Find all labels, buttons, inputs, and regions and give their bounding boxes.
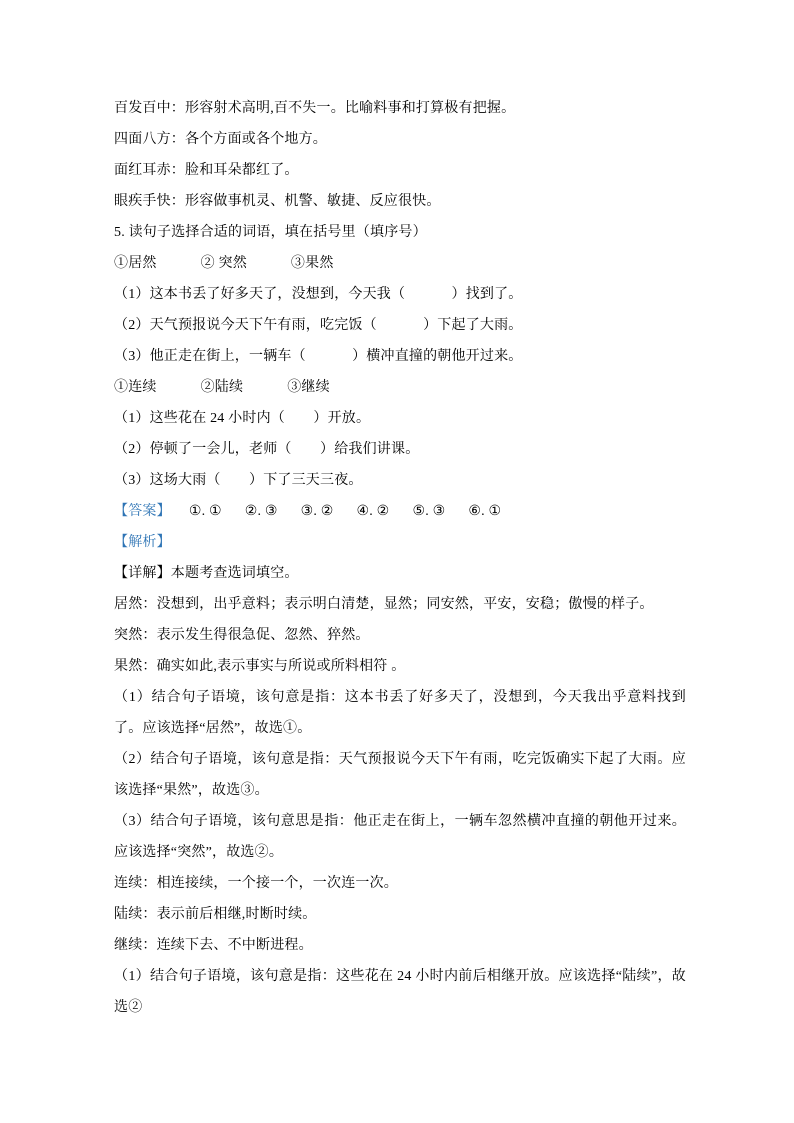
answer-run: ③. ② [301, 504, 334, 519]
option-run: ③继续 [287, 380, 330, 395]
word-options-row: ①连续②陆续③继续 [114, 372, 686, 403]
answer-run: ②. ③ [245, 504, 278, 519]
option-run: ①连续 [114, 380, 157, 395]
text-run: 四面八方：各个方面或各个地方。 [114, 132, 327, 147]
word-options-row: ①居然② 突然③果然 [114, 248, 686, 279]
word-explanation: 陆续：表示前后相继,时断时续。 [114, 899, 686, 930]
text-run: （3）这场大雨（ ）下了三天三夜。 [114, 473, 363, 488]
question-stem: 5. 读句子选择合适的词语，填在括号里（填序号） [114, 217, 686, 248]
text-run: （1）这本书丢了好多天了，没想到，今天我（ ）找到了。 [114, 287, 523, 302]
text-run: 突然：表示发生得很急促、忽然、猝然。 [114, 628, 370, 643]
explanation-item: （1）结合句子语境，该句意是指：这些花在 24 小时内前后相继开放。应该选择“陆… [114, 961, 686, 1023]
explanation-item: （1）结合句子语境，该句意是指：这本书丢了好多天了，没想到，今天我出乎意料找到了… [114, 682, 686, 744]
text-run: 连续：相连接续，一个接一个，一次连一次。 [114, 876, 398, 891]
word-explanation: 连续：相连接续，一个接一个，一次连一次。 [114, 868, 686, 899]
text-run: 面红耳赤：脸和耳朵都红了。 [114, 163, 299, 178]
option-run: ② 突然 [201, 256, 247, 271]
answer-run: ①. ① [189, 504, 222, 519]
text-run: （2）天气预报说今天下午有雨，吃完饭（ ）下起了大雨。 [114, 318, 523, 333]
text-run: 陆续：表示前后相继,时断时续。 [114, 907, 317, 922]
text-run: 百发百中：形容射术高明,百不失一。比喻料事和打算极有把握。 [114, 101, 515, 116]
text-run: （1）结合句子语境，该句意是指：这些花在 24 小时内前后相继开放。应该选择“陆… [114, 969, 686, 1015]
answer-row: 【答案】①. ①②. ③③. ②④. ②⑤. ③⑥. ① [114, 496, 686, 527]
option-run: ①居然 [114, 256, 157, 271]
text-run: 居然：没想到，出乎意料；表示明白清楚，显然；同安然，平安，安稳；傲慢的样子。 [114, 597, 654, 612]
text-run: 【详解】本题考查选词填空。 [114, 566, 299, 581]
document-page: 百发百中：形容射术高明,百不失一。比喻料事和打算极有把握。四面八方：各个方面或各… [0, 0, 794, 1123]
question-item: （1）这些花在 24 小时内（ ）开放。 [114, 403, 686, 434]
detail-row: 【详解】本题考查选词填空。 [114, 558, 686, 589]
text-run: （3）结合句子语境，该句意思是指：他正走在街上，一辆车忽然横冲直撞的朝他开过来。… [114, 814, 686, 860]
explanation-item: （2）结合句子语境，该句意是指：天气预报说今天下午有雨，吃完饭确实下起了大雨。应… [114, 744, 686, 806]
text-run: 果然：确实如此,表示事实与所说或所料相符 。 [114, 659, 405, 674]
text-run: 眼疾手快：形容做事机灵、机警、敏捷、反应很快。 [114, 194, 441, 209]
idiom-definition: 四面八方：各个方面或各个地方。 [114, 124, 686, 155]
text-run: （2）结合句子语境，该句意是指：天气预报说今天下午有雨，吃完饭确实下起了大雨。应… [114, 752, 686, 798]
answer-run: ⑤. ③ [412, 504, 445, 519]
question-item: （2）停顿了一会儿，老师（ ）给我们讲课。 [114, 434, 686, 465]
question-item: （2）天气预报说今天下午有雨，吃完饭（ ）下起了大雨。 [114, 310, 686, 341]
word-explanation: 继续：连续下去、不中断进程。 [114, 930, 686, 961]
text-run: （3）他正走在街上，一辆车（ ）横冲直撞的朝他开过来。 [114, 349, 523, 364]
idiom-definition: 面红耳赤：脸和耳朵都红了。 [114, 155, 686, 186]
analysis-label-row: 【解析】 [114, 527, 686, 558]
text-run: （2）停顿了一会儿，老师（ ）给我们讲课。 [114, 442, 419, 457]
option-run: ②陆续 [201, 380, 244, 395]
document-body: 百发百中：形容射术高明,百不失一。比喻料事和打算极有把握。四面八方：各个方面或各… [114, 93, 686, 1023]
idiom-definition: 眼疾手快：形容做事机灵、机警、敏捷、反应很快。 [114, 186, 686, 217]
section-label: 【答案】 [114, 504, 171, 519]
text-run: 继续：连续下去、不中断进程。 [114, 938, 313, 953]
option-run: ③果然 [291, 256, 334, 271]
answer-run: ⑥. ① [468, 504, 501, 519]
text-run: （1）这些花在 24 小时内（ ）开放。 [114, 411, 370, 426]
question-item: （3）他正走在街上，一辆车（ ）横冲直撞的朝他开过来。 [114, 341, 686, 372]
word-explanation: 居然：没想到，出乎意料；表示明白清楚，显然；同安然，平安，安稳；傲慢的样子。 [114, 589, 686, 620]
question-item: （3）这场大雨（ ）下了三天三夜。 [114, 465, 686, 496]
word-explanation: 果然：确实如此,表示事实与所说或所料相符 。 [114, 651, 686, 682]
section-label: 【解析】 [114, 535, 171, 550]
answer-run: ④. ② [357, 504, 390, 519]
text-run: （1）结合句子语境，该句意是指：这本书丢了好多天了，没想到，今天我出乎意料找到了… [114, 690, 686, 736]
word-explanation: 突然：表示发生得很急促、忽然、猝然。 [114, 620, 686, 651]
idiom-definition: 百发百中：形容射术高明,百不失一。比喻料事和打算极有把握。 [114, 93, 686, 124]
explanation-item: （3）结合句子语境，该句意思是指：他正走在街上，一辆车忽然横冲直撞的朝他开过来。… [114, 806, 686, 868]
text-run: 5. 读句子选择合适的词语，填在括号里（填序号） [114, 225, 427, 240]
question-item: （1）这本书丢了好多天了，没想到，今天我（ ）找到了。 [114, 279, 686, 310]
